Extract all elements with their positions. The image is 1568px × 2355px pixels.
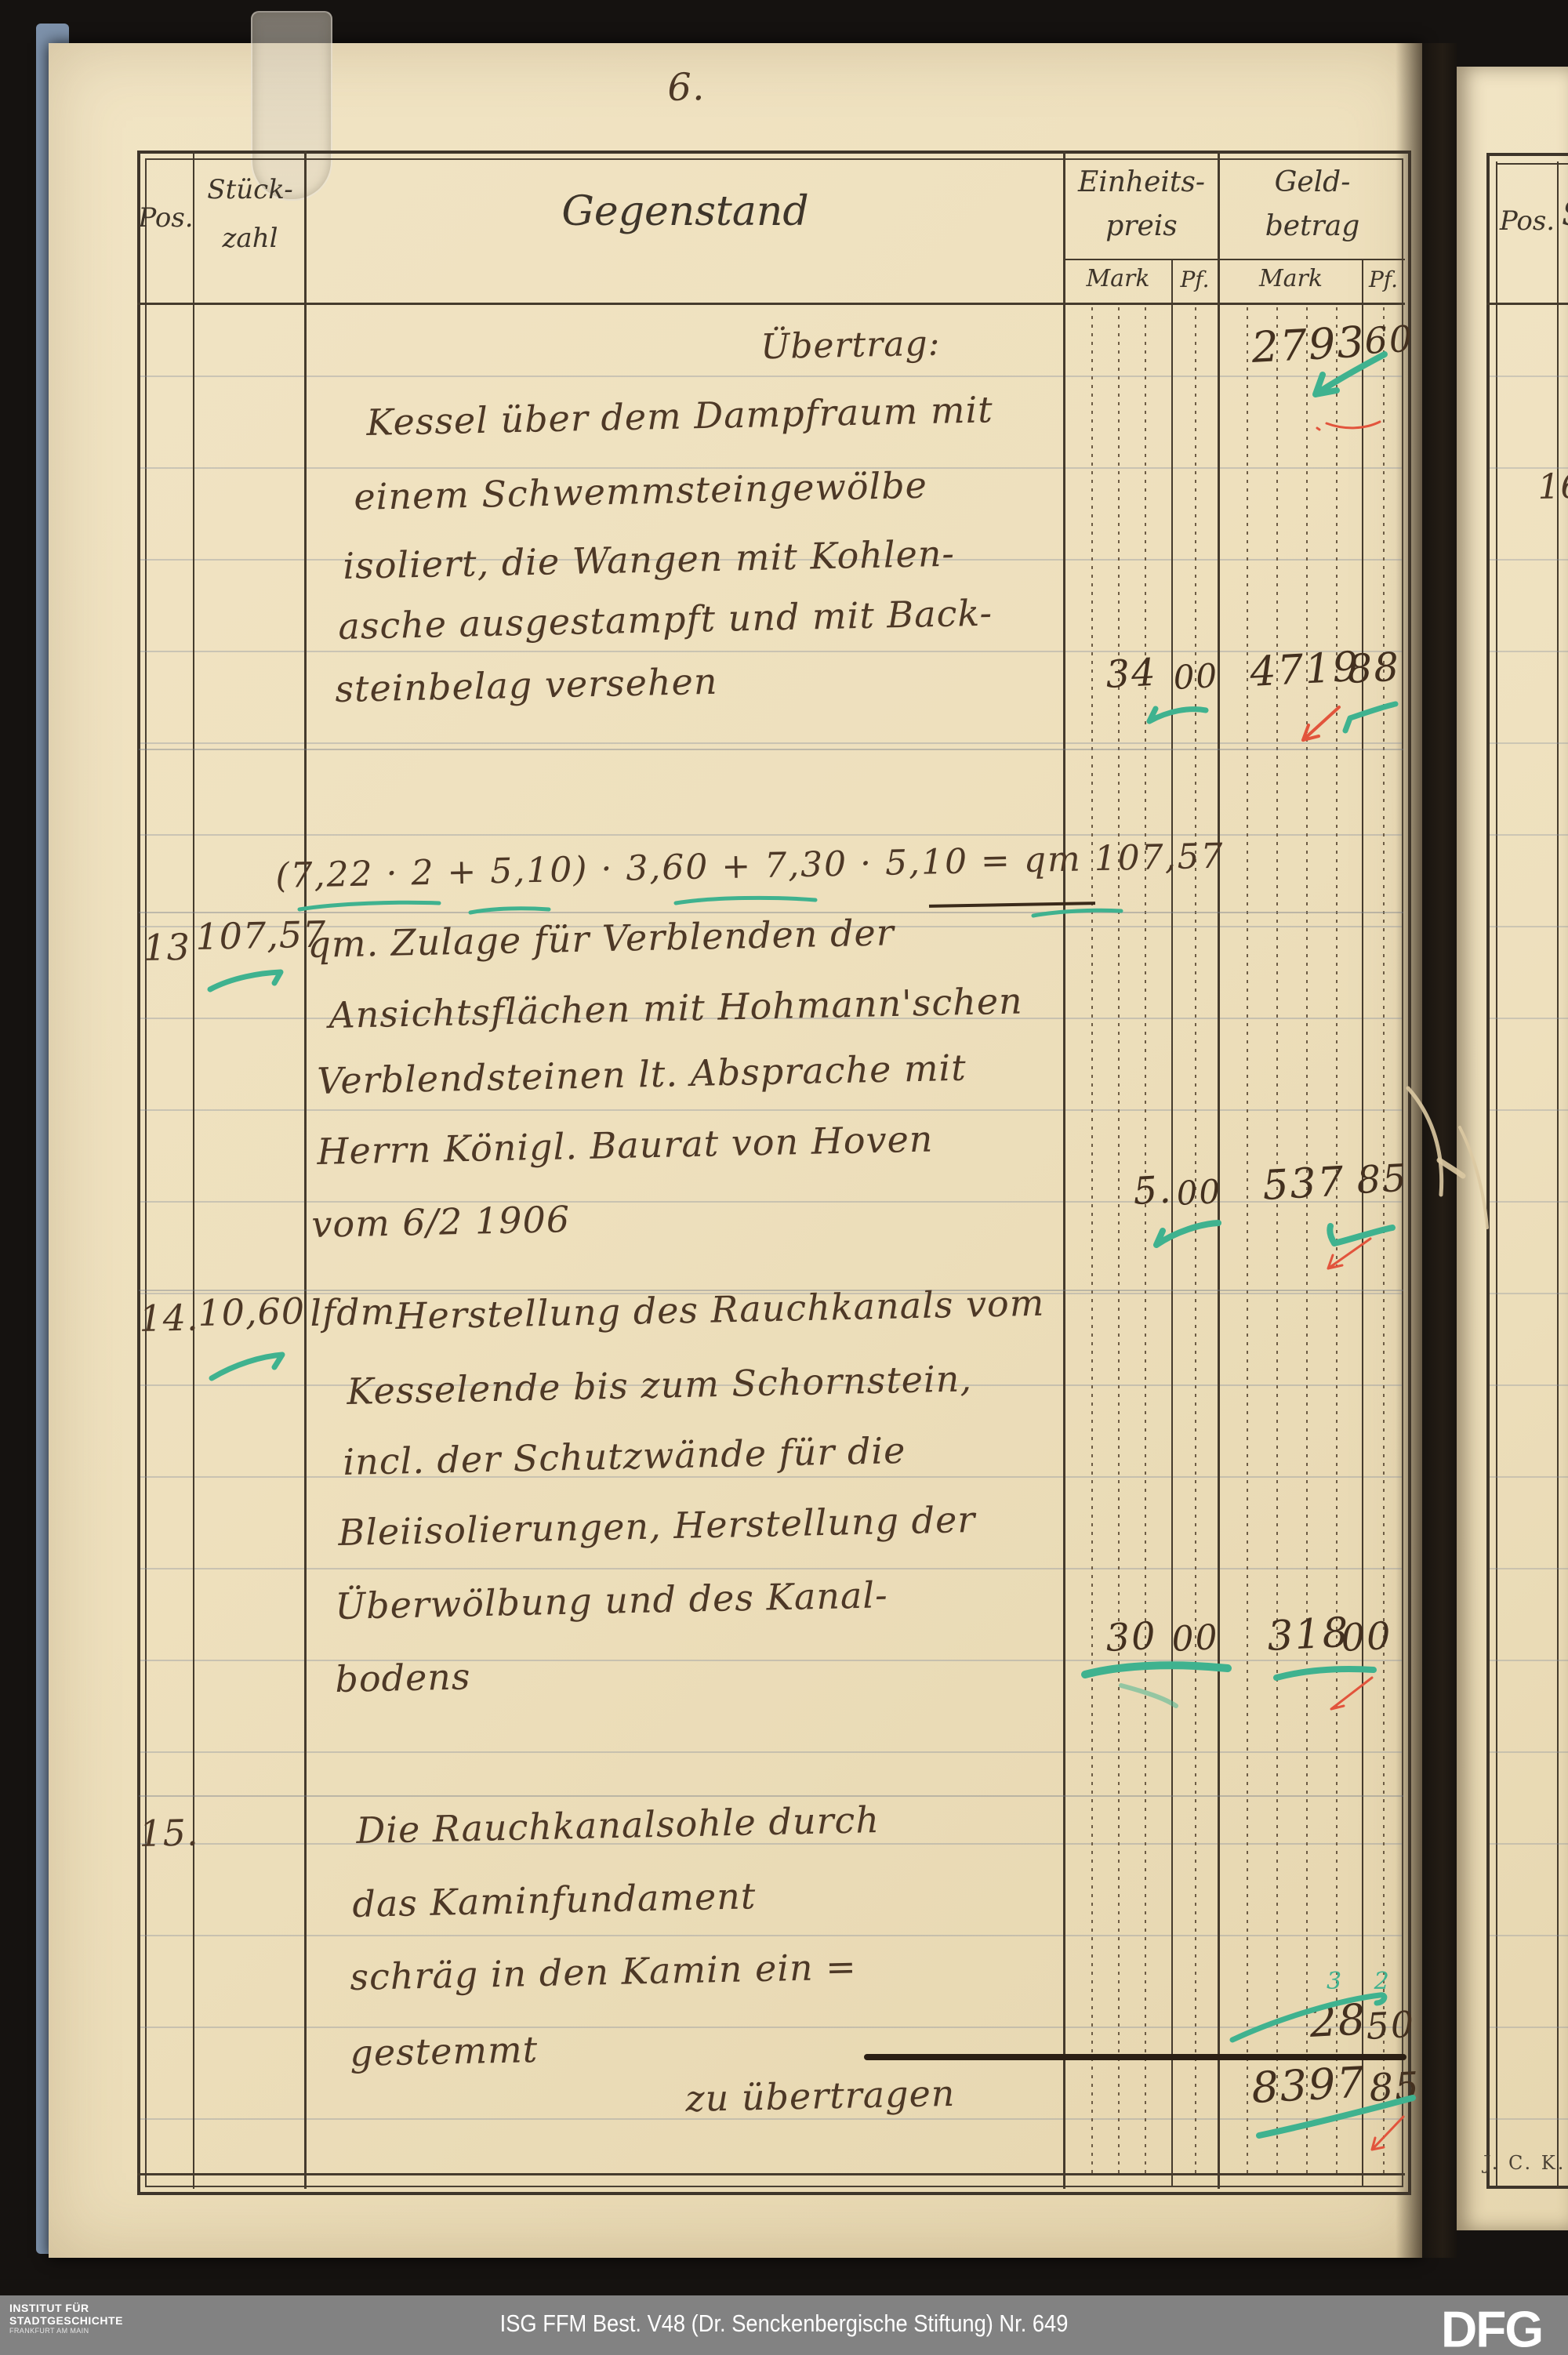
amount-pf: 50 [1365, 2003, 1416, 2048]
unit-price-mark: 30 [1105, 1614, 1158, 1660]
amount-mark: 537 [1261, 1159, 1342, 1210]
header-einheitspreis-line1: Einheits- [1065, 166, 1218, 198]
carryover-amount-mark: 2793 [1250, 318, 1361, 372]
digit-guide [1247, 307, 1248, 2173]
carryover-label: Übertrag: [736, 324, 941, 368]
pos-number: 15. [139, 1811, 199, 1855]
col-line-pos [193, 151, 194, 2189]
entry-text-line: bodens [335, 1655, 471, 1700]
unit-price-pf: 00 [1172, 656, 1219, 697]
entry-text-line: gestemmt [350, 2028, 539, 2074]
header-geld-pf: Pf. [1362, 267, 1405, 292]
printer-mark: J. C. K. & E [1483, 2152, 1568, 2174]
amount-mark: 4719 [1249, 644, 1339, 696]
header-einheits-pf: Pf. [1171, 267, 1218, 292]
page-number: 6. [667, 65, 706, 110]
digit-guide [1195, 307, 1196, 2173]
sum-amount-pf: 85 [1368, 2064, 1421, 2110]
digit-guide [1336, 307, 1338, 2173]
sum-amount-mark: 8397 [1250, 2058, 1364, 2113]
quantity: 10,60 [198, 1290, 306, 1334]
col-line-stueckzahl [304, 151, 307, 2189]
amount-mark: 28 [1308, 1994, 1368, 2047]
header-bottom-line [137, 303, 1405, 305]
archive-caption: ISG FFM Best. V48 (Dr. Senckenbergische … [94, 2310, 1474, 2338]
sum-label: zu übertragen [685, 2072, 956, 2120]
header-einheitspreis-line2: preis [1065, 210, 1218, 242]
header-gegenstand: Gegenstand [306, 188, 1065, 235]
col-line-geld-pf [1362, 259, 1363, 2186]
pos-number: 14. [139, 1296, 199, 1340]
unit-price-pf: 00 [1175, 1172, 1222, 1213]
page-gap [1422, 43, 1457, 2258]
amount-mark: 318 [1266, 1609, 1339, 1660]
header-geldbetrag-line2: betrag [1220, 210, 1405, 242]
amount-pf: 00 [1340, 1614, 1393, 1660]
unit-price-pf: 00 [1171, 1617, 1220, 1660]
header-geld-mark: Mark [1220, 265, 1362, 292]
digit-guide [1145, 307, 1146, 2173]
unit-price-mark: 34 [1105, 651, 1158, 697]
pencil-annotation: 3 2 [1327, 1968, 1402, 1995]
pos-number: 13 [143, 926, 191, 969]
digit-guide [1091, 307, 1093, 2173]
row-rule [139, 749, 1403, 750]
right-page-header-pos: Pos. [1497, 205, 1557, 237]
dfg-logo: DFG [1441, 2299, 1542, 2355]
scanned-ledger-page: 6. Pos. Stück- zahl Gegenstand Einheits-… [0, 0, 1568, 2355]
unit-price-mark: 5. [1132, 1167, 1174, 1214]
col-line-gegenstand [1063, 151, 1065, 2189]
right-page-header-partial: S [1562, 194, 1568, 233]
right-page-ruling [1490, 304, 1568, 2186]
right-page-frame-bottom [1486, 2186, 1568, 2189]
digit-guide [1118, 307, 1120, 2173]
carryover-amount-pf: 60 [1363, 318, 1414, 362]
header-stueckzahl-line1: Stück- [194, 174, 306, 205]
entry-text-line: vom 6/2 1906 [311, 1198, 571, 1246]
header-einheits-mark: Mark [1065, 265, 1171, 292]
entry-text-line: steinbelag versehen [335, 660, 718, 710]
right-page-frame-top [1486, 153, 1568, 156]
digit-guide [1276, 307, 1278, 2173]
right-page-pos-entry: 16. [1537, 466, 1568, 507]
row-rule [139, 1795, 1403, 1797]
header-pos: Pos. [137, 202, 194, 234]
header-stueckzahl-line2: zahl [194, 223, 306, 254]
amount-pf: 85 [1356, 1156, 1409, 1203]
subheader-line [1063, 259, 1405, 260]
unit-word: lfdm [310, 1290, 396, 1334]
amount-pf: 88 [1346, 644, 1402, 692]
digit-guide [1306, 307, 1308, 2173]
table-bottom-inner-line [137, 2173, 1405, 2175]
header-geldbetrag-line1: Geld- [1220, 166, 1405, 198]
col-line-einheitspreis [1218, 151, 1220, 2189]
digit-guide [1383, 307, 1385, 2173]
entry-text-line: das Kaminfundament [352, 1874, 757, 1925]
col-line-einheits-pf [1171, 259, 1173, 2186]
